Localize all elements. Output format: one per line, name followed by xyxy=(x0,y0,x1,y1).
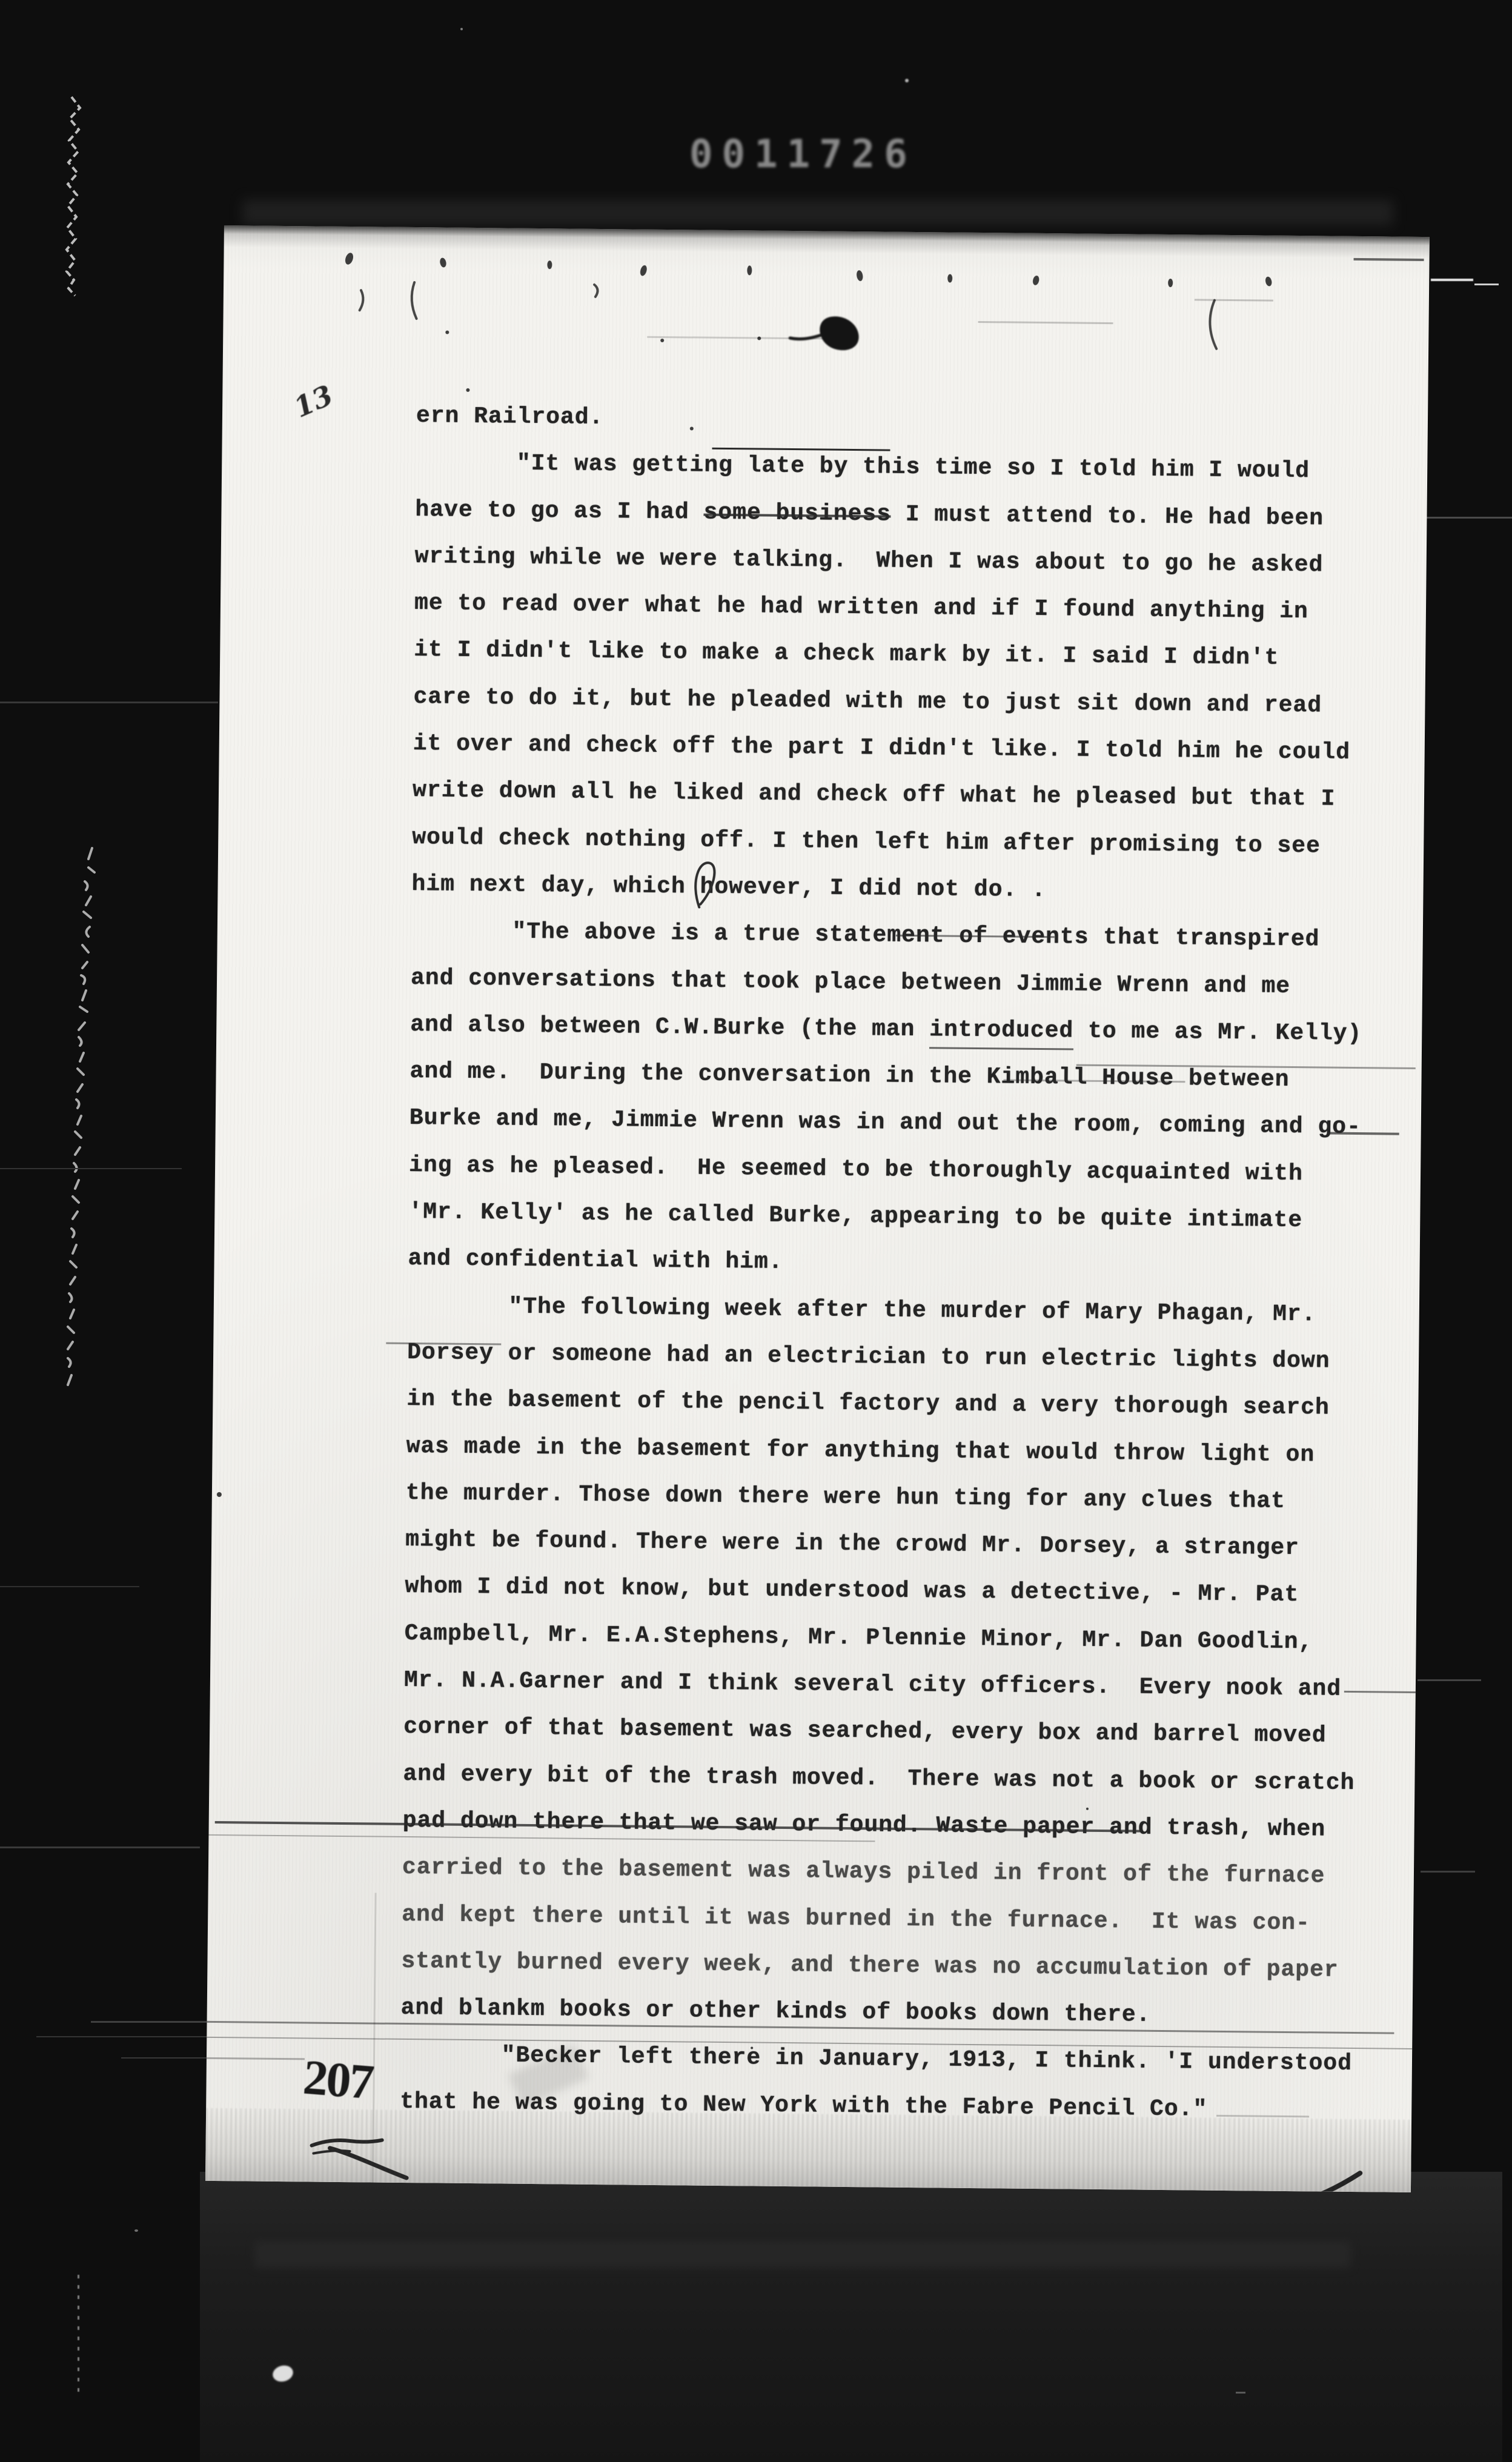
margin-scratch xyxy=(91,2021,219,2023)
margin-scratch xyxy=(1424,517,1512,519)
dust-and-ink-overlay xyxy=(205,225,1430,2192)
pencil-loop-mark xyxy=(695,863,715,907)
margin-scratch xyxy=(0,1586,139,1587)
page-bottom-texture xyxy=(205,2108,1411,2192)
edge-white-dash xyxy=(1474,284,1499,285)
film-lower-area xyxy=(200,2172,1502,2462)
margin-scratch xyxy=(36,2036,219,2037)
document-page: ern Railroad. "It was getting late by th… xyxy=(205,225,1430,2192)
film-speck xyxy=(905,79,909,82)
film-speck xyxy=(460,28,463,30)
margin-scratch xyxy=(0,1846,200,1848)
margin-scratch xyxy=(0,1168,182,1169)
film-edge-squiggle xyxy=(58,91,106,309)
film-speck xyxy=(1236,2392,1245,2394)
microfilm-scan: 0011726 xyxy=(0,0,1512,2462)
film-frame-stamp: 0011726 xyxy=(689,132,917,177)
margin-scratch xyxy=(121,2057,219,2059)
ink-blob xyxy=(790,316,859,351)
film-ghost-band xyxy=(254,2241,1351,2268)
edge-white-dash xyxy=(1431,279,1473,281)
film-haze xyxy=(242,200,1393,225)
margin-scratch xyxy=(1417,1679,1481,1681)
margin-handwriting xyxy=(55,830,109,1405)
film-speck xyxy=(134,2229,138,2232)
margin-scratch xyxy=(1421,1871,1475,1873)
margin-scratch xyxy=(0,702,218,703)
film-dotted-line xyxy=(78,2275,79,2394)
